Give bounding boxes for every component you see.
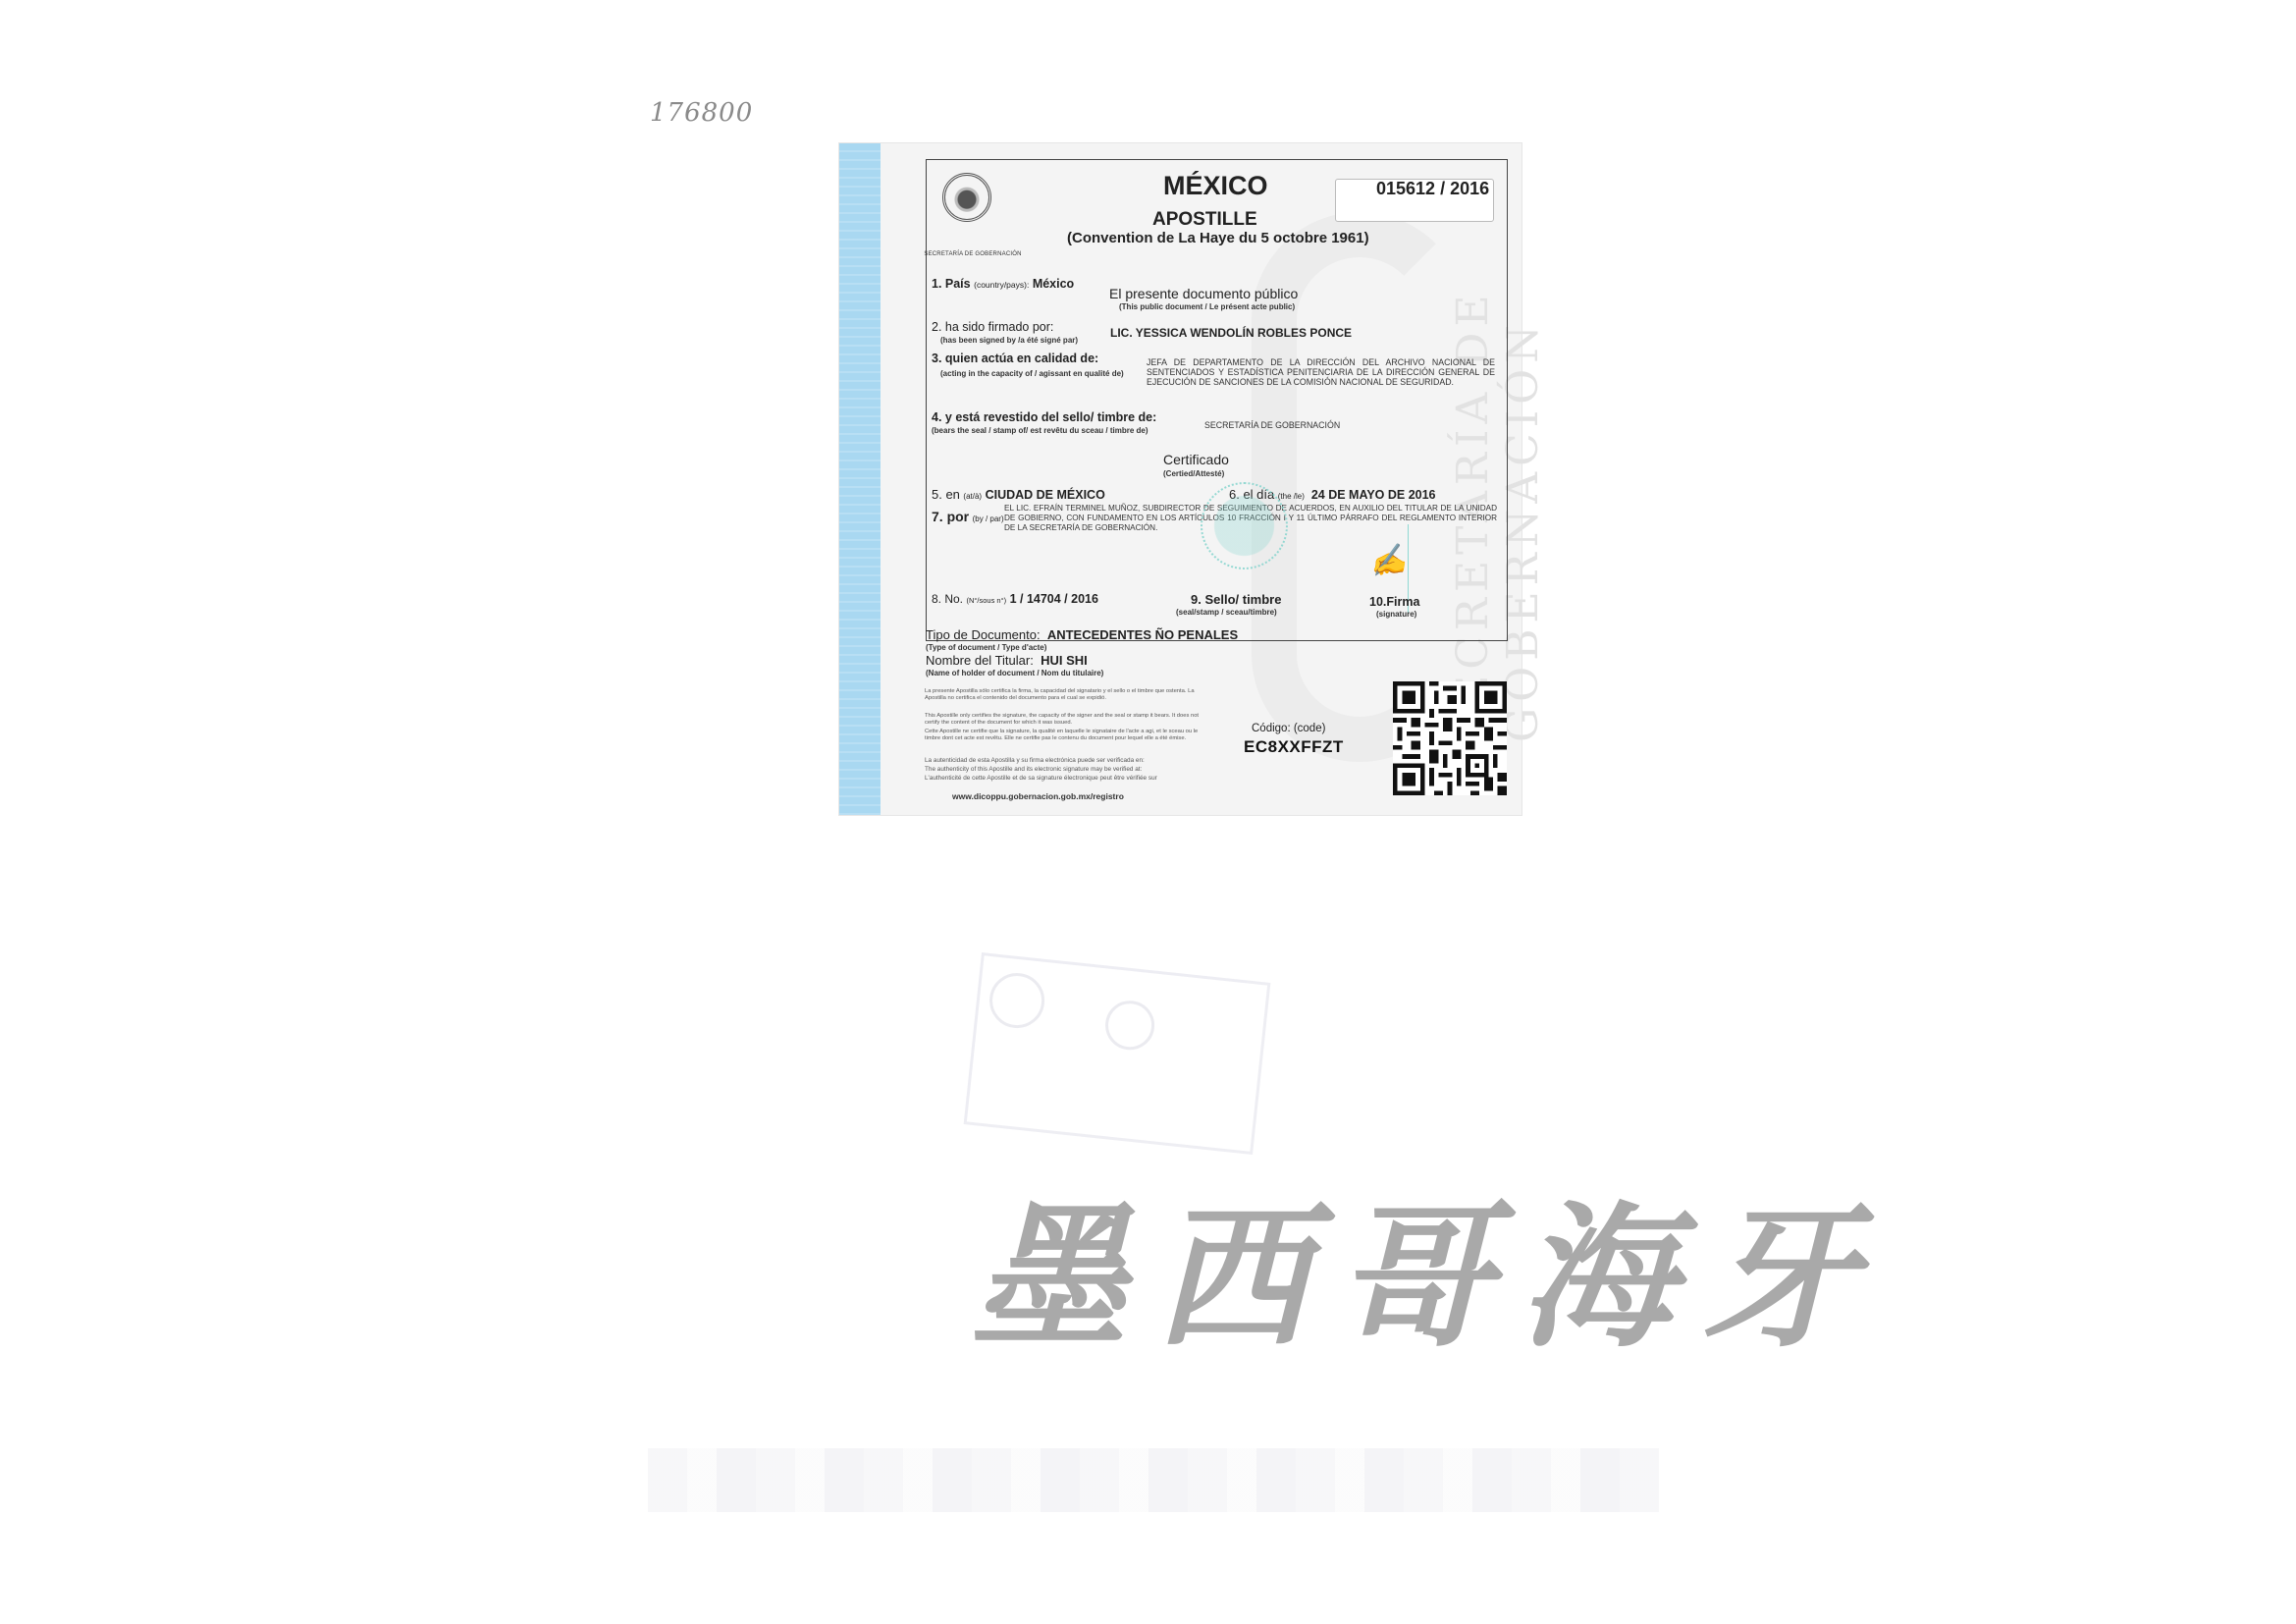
faded-stamp — [964, 952, 1271, 1155]
field-number-sublabel: (N°/sous n°) — [967, 596, 1007, 605]
public-document-subheading: (This public document / Le présent acte … — [1119, 302, 1295, 311]
field-seal-stamp-label: 9. Sello/ timbre — [1191, 592, 1281, 607]
holder-name: Nombre del Titular: HUI SHI — [926, 653, 1088, 668]
field-country-sublabel: (country/pays): — [974, 280, 1029, 290]
qr-code-icon[interactable] — [1393, 681, 1507, 795]
field-seal-stamp-sublabel: (seal/stamp / sceau/timbre) — [1176, 608, 1277, 617]
field-capacity-sublabel: (acting in the capacity of / agissant en… — [940, 369, 1124, 378]
field-place-sublabel: (at/à) — [963, 492, 982, 501]
apostille-title: APOSTILLE — [1152, 209, 1257, 231]
field-signed-by-sublabel: (has been signed by /a été signé par) — [940, 336, 1078, 345]
certified-heading: Certificado — [1163, 452, 1229, 467]
faded-stamp-circle — [1103, 999, 1157, 1053]
document-caption: 墨西哥海牙 — [972, 1154, 1885, 1377]
field-country: 1. País (country/pays): México — [932, 277, 1074, 291]
faded-stamp-circle — [987, 970, 1047, 1031]
code-value: EC8XXFFZT — [1244, 737, 1344, 757]
holder-name-sublabel: (Name of holder of document / Nom du tit… — [926, 669, 1103, 677]
handwritten-note: 176800 — [650, 98, 753, 128]
verify-es: La autenticidad de esta Apostilla y su f… — [925, 757, 1200, 764]
disclaimer-en: This Apostille only certifies the signat… — [925, 713, 1200, 727]
security-stripe — [839, 143, 881, 815]
document-type-sublabel: (Type of document / Type d'acte) — [926, 643, 1046, 652]
field-country-value: México — [1033, 277, 1074, 291]
field-seal-label: 4. y está revestido del sello/ timbre de… — [932, 410, 1156, 424]
emblem-caption: SECRETARÍA DE GOBERNACIÓN — [924, 251, 1022, 257]
field-signature-label: 10.Firma — [1369, 595, 1419, 609]
verify-en: The authenticity of this Apostille and i… — [925, 766, 1200, 773]
faded-text-strip — [648, 1448, 1659, 1512]
verification-link[interactable]: www.dicoppu.gobernacion.gob.mx/registro — [952, 791, 1124, 801]
national-emblem-icon — [942, 173, 991, 222]
field-date-value: 24 DE MAYO DE 2016 — [1311, 488, 1436, 502]
disclaimer-fr: Cette Apostille ne certifie que la signa… — [925, 729, 1200, 742]
field-place-value: CIUDAD DE MÉXICO — [986, 488, 1105, 502]
document-type: Tipo de Documento: ANTECEDENTES ÑO PENAL… — [926, 627, 1238, 642]
certified-subheading: (Certied/Attesté) — [1163, 469, 1224, 478]
field-number: 8. No. (N°/sous n°) 1 / 14704 / 2016 — [932, 592, 1098, 606]
field-capacity-value: JEFA DE DEPARTAMENTO DE LA DIRECCIÓN DEL… — [1147, 357, 1495, 387]
field-by-label: 7. por — [932, 509, 969, 524]
holder-name-value: HUI SHI — [1041, 653, 1088, 668]
field-by: 7. por (by / par) — [932, 509, 1004, 524]
document-type-value: ANTECEDENTES ÑO PENALES — [1047, 627, 1238, 642]
verify-fr: L'authenticité de cette Apostille et de … — [925, 775, 1200, 782]
code-label: Código: (code) — [1252, 723, 1325, 734]
field-capacity-label: 3. quien actúa en calidad de: — [932, 352, 1098, 365]
field-place: 5. en (at/à) CIUDAD DE MÉXICO — [932, 487, 1105, 502]
convention-subtitle: (Convention de La Haye du 5 octobre 1961… — [1067, 230, 1369, 246]
signature-mark: ✍ — [1367, 542, 1409, 581]
field-signed-by-label: 2. ha sido firmado por: — [932, 320, 1053, 334]
field-seal-sublabel: (bears the seal / stamp of/ est revêtu d… — [932, 426, 1148, 435]
apostille-certificate: SECRETARÍA DE GOBERNACIÓN SECRETARÍA DE … — [839, 143, 1522, 815]
disclaimer-es: La presente Apostilla sólo certifica la … — [925, 688, 1200, 702]
field-by-sublabel: (by / par) — [973, 514, 1004, 523]
field-country-label: 1. País — [932, 277, 971, 291]
field-signature-sublabel: (signature) — [1376, 610, 1416, 619]
field-seal-value: SECRETARÍA DE GOBERNACIÓN — [1204, 420, 1450, 430]
apostille-number: 015612 / 2016 — [1376, 179, 1489, 199]
field-number-value: 1 / 14704 / 2016 — [1010, 592, 1098, 606]
field-signed-by-value: LIC. YESSICA WENDOLÍN ROBLES PONCE — [1110, 326, 1352, 340]
holder-name-label: Nombre del Titular: — [926, 653, 1034, 668]
field-date-sublabel: (the /le) — [1278, 492, 1305, 501]
country-title: MÉXICO — [1163, 171, 1268, 201]
document-type-label: Tipo de Documento: — [926, 627, 1041, 642]
field-number-label: 8. No. — [932, 592, 963, 606]
public-document-heading: El presente documento público — [1109, 286, 1298, 301]
field-place-label: 5. en — [932, 487, 960, 502]
